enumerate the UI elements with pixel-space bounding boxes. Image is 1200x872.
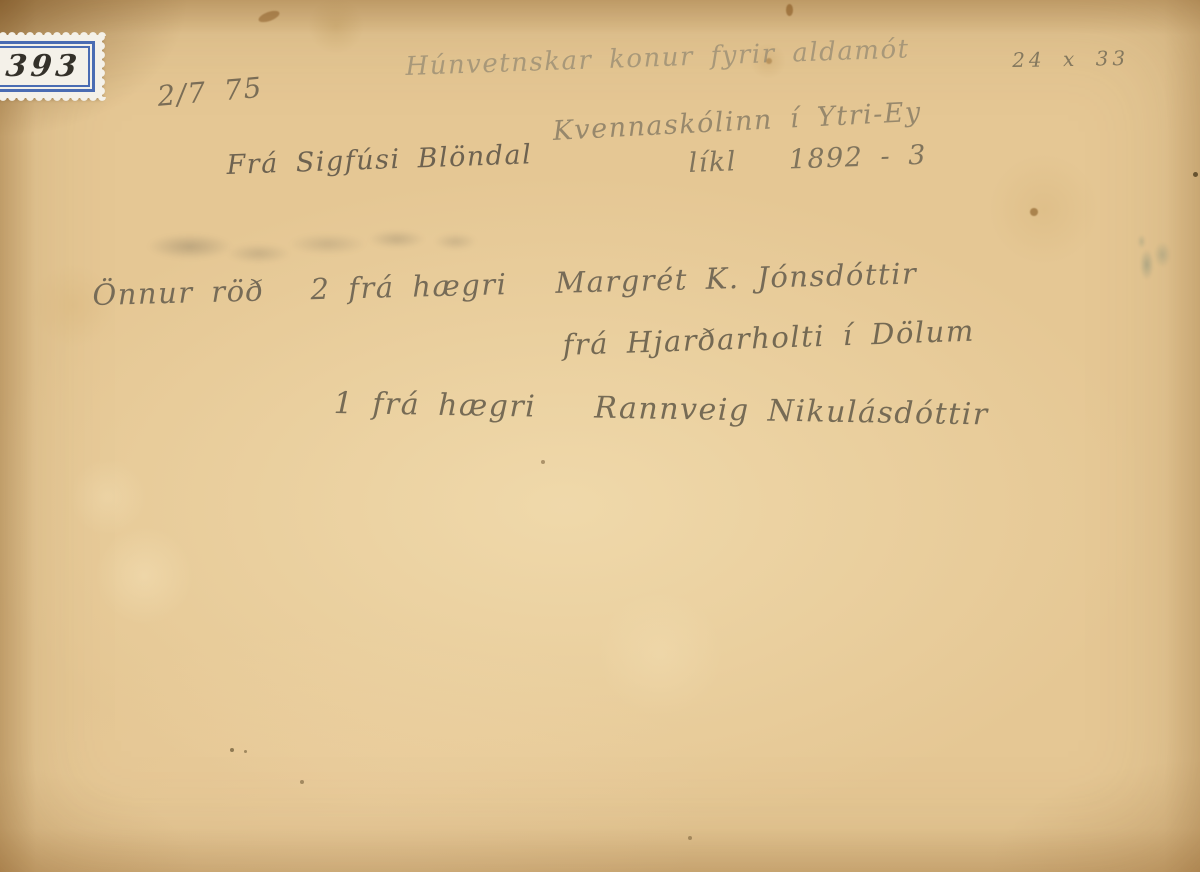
annotation-row1-position: 1 frá hægri bbox=[333, 386, 536, 425]
stain-speck bbox=[766, 58, 772, 64]
blue-pencil-smudge bbox=[1126, 225, 1178, 291]
stain-speck bbox=[786, 4, 793, 16]
stain-speck bbox=[300, 780, 304, 784]
stain-speck bbox=[1030, 208, 1038, 216]
stain-speck bbox=[1193, 172, 1198, 177]
annotation-year-abbrev: líkl bbox=[688, 146, 737, 179]
annotation-row2-position: 2 frá hægri bbox=[310, 267, 508, 306]
annotation-provenance: Frá Sigfúsi Blöndal bbox=[226, 139, 533, 181]
annotation-year: líkl1892 - 3 bbox=[688, 140, 927, 179]
sticker-blue-frame: 393 bbox=[0, 41, 95, 92]
stain-speck bbox=[244, 750, 247, 753]
sticker-body: 393 bbox=[0, 35, 102, 98]
sticker-perforation-top bbox=[0, 31, 106, 36]
archive-number: 393 bbox=[0, 49, 82, 84]
annotation-date: 2/7 75 bbox=[156, 71, 264, 113]
annotation-row2-prefix: Önnur röð bbox=[92, 273, 265, 311]
annotation-school: Kvennaskólinn í Ytri-Ey bbox=[552, 97, 923, 147]
annotation-title: Húnvetnskar konur fyrir aldamót bbox=[405, 34, 910, 82]
sticker-perforation-bottom bbox=[0, 97, 106, 102]
stain-speck bbox=[688, 836, 692, 840]
annotation-row2-name: Margrét K. Jónsdóttir bbox=[555, 256, 918, 299]
annotation-year-value: 1892 - 3 bbox=[788, 140, 927, 176]
photo-back-card: 393 2/7 75 Húnvetnskar konur fyrir aldam… bbox=[0, 0, 1200, 872]
sticker-perforation-right bbox=[101, 33, 106, 100]
annotation-row1-name: Rannveig Nikulásdóttir bbox=[594, 391, 989, 433]
archive-label-sticker: 393 bbox=[0, 31, 106, 102]
annotation-row2-origin: frá Hjarðarholti í Dölum bbox=[562, 314, 975, 362]
annotation-row1: 1 frá hægriRannveig Nikulásdóttir bbox=[333, 386, 989, 432]
stain-speck bbox=[257, 9, 281, 25]
stain-speck bbox=[541, 460, 545, 464]
annotation-dimensions: 24 x 33 bbox=[1012, 46, 1129, 72]
stain-speck bbox=[230, 748, 234, 752]
erased-pencil-smudge bbox=[138, 220, 483, 268]
